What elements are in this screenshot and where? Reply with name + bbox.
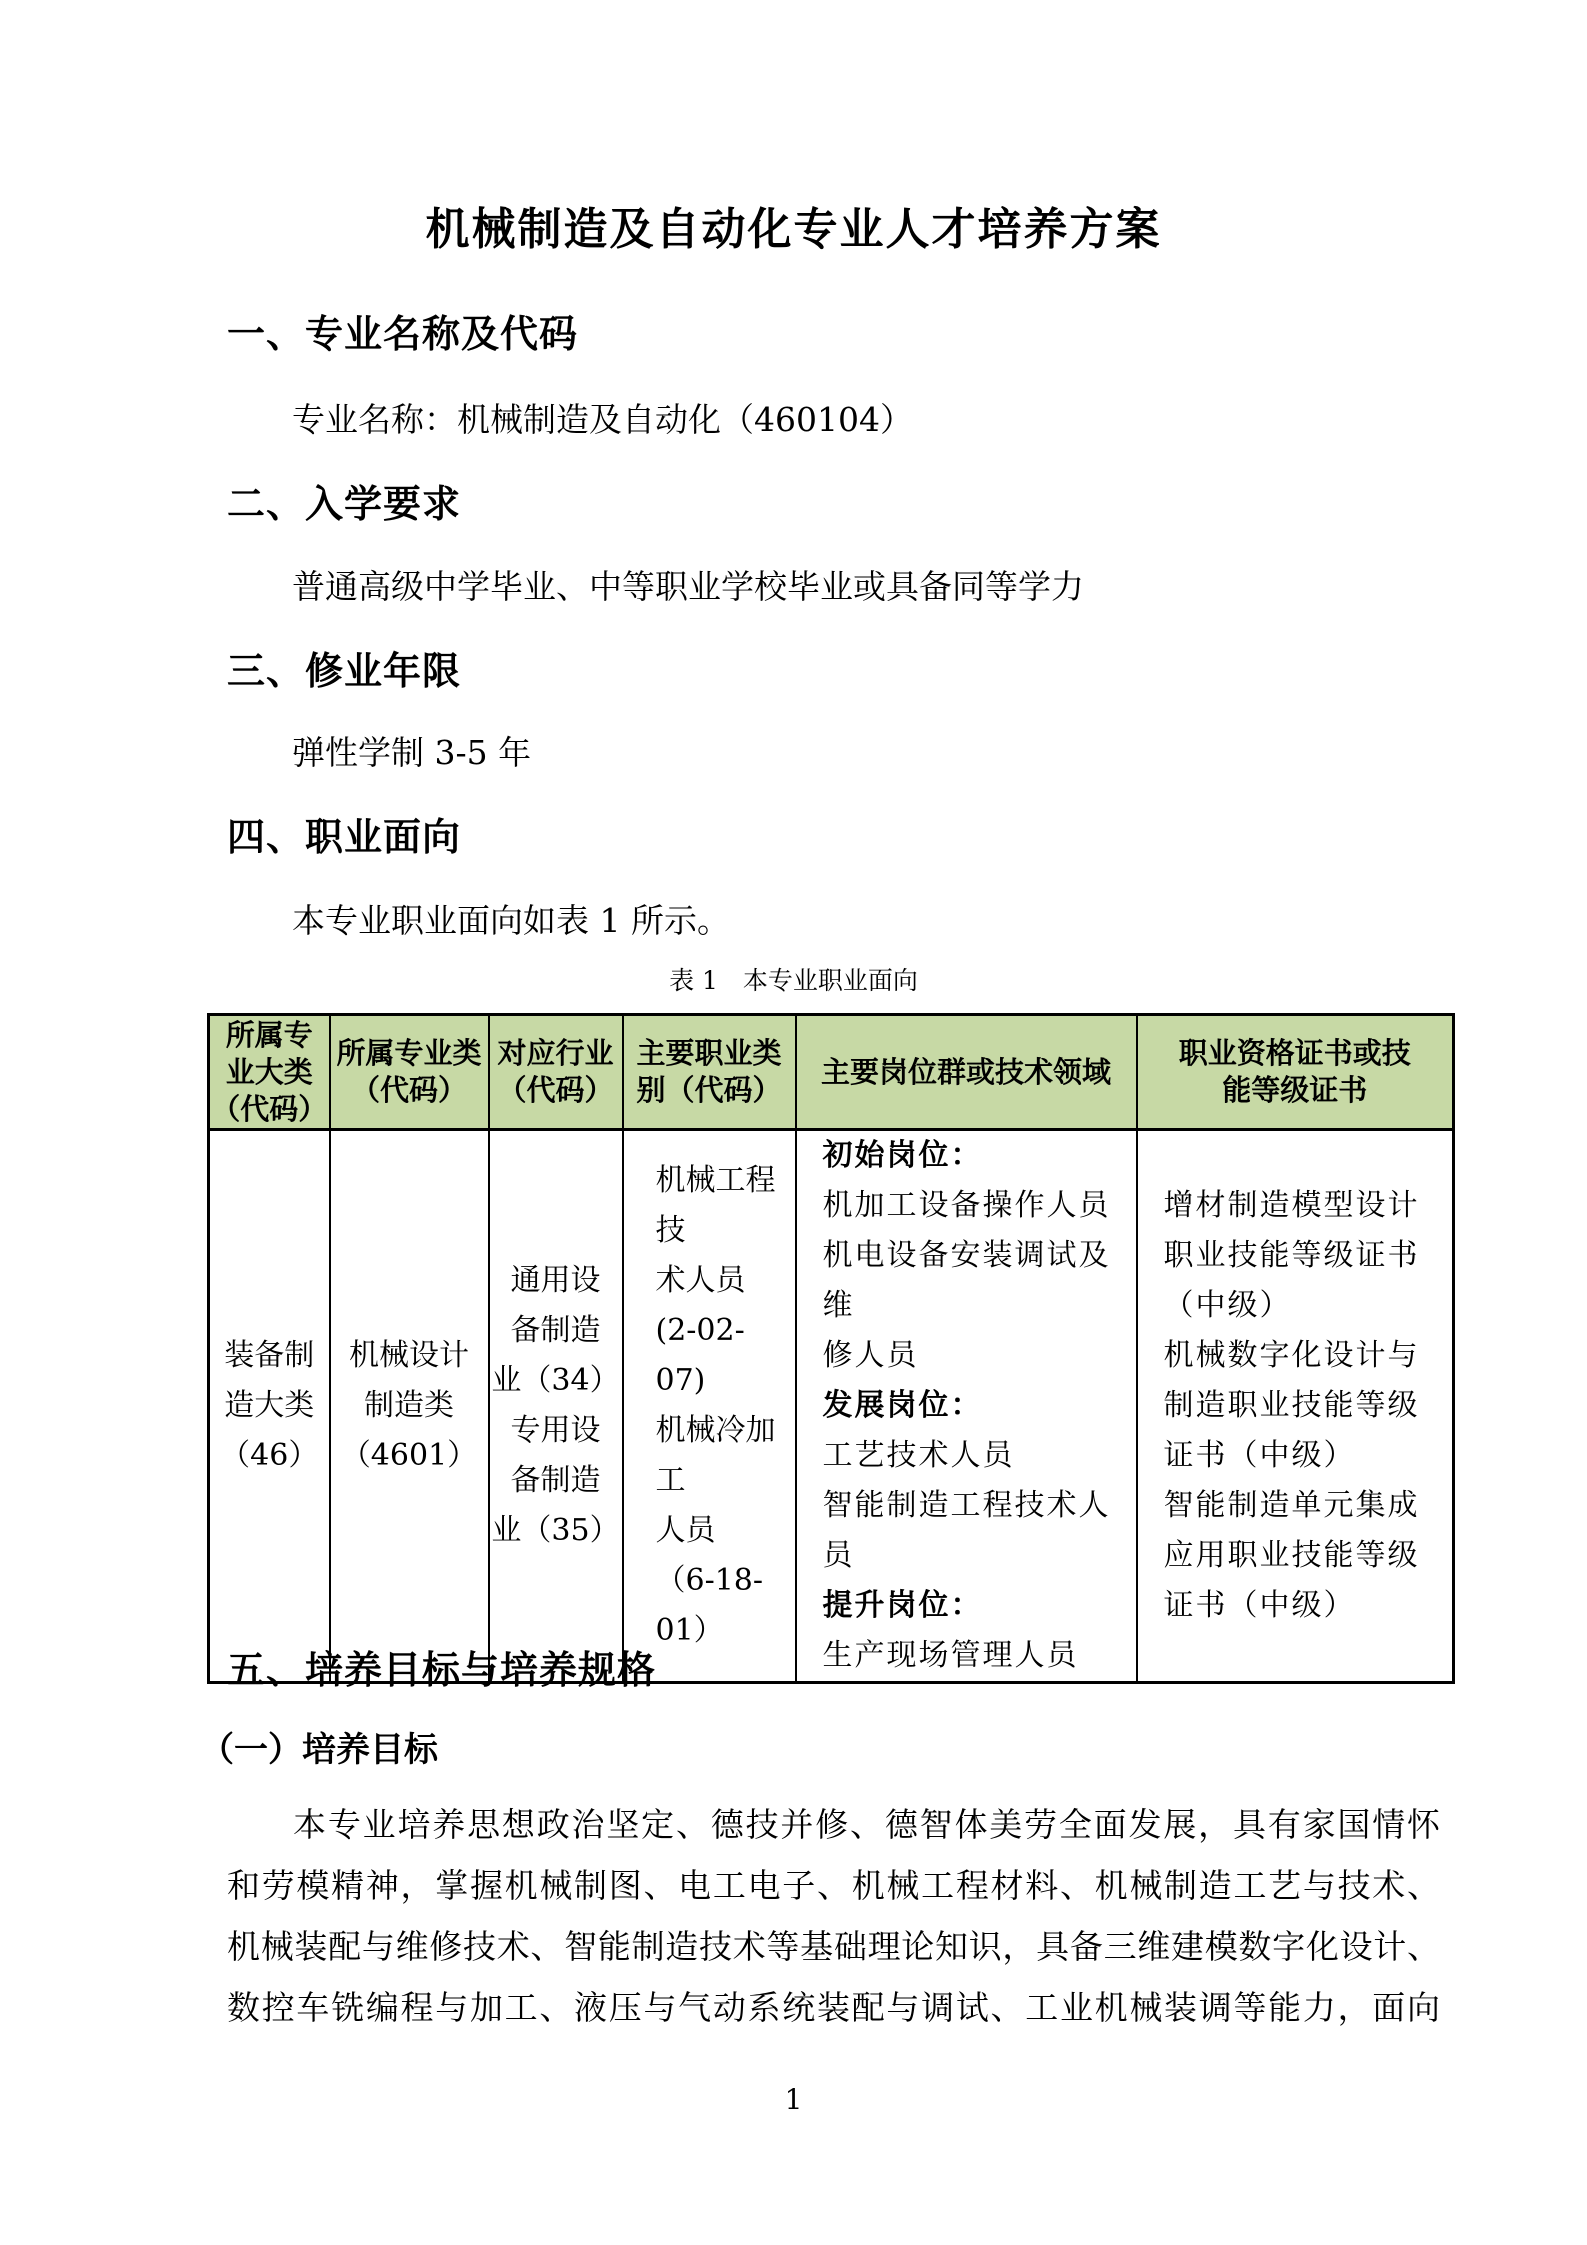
section-body-2: 普通高级中学毕业、中等职业学校毕业或具备同等学力 <box>292 561 1084 608</box>
cell-positions: 初始岗位：机加工设备操作人员机电设备安装调试及维修人员发展岗位：工艺技术人员智能… <box>796 1130 1137 1683</box>
header-certificates: 职业资格证书或技 能等级证书 <box>1137 1015 1454 1130</box>
cell-certificates: 增材制造模型设计 职业技能等级证书 （中级） 机械数字化设计与 制造职业技能等级… <box>1137 1130 1454 1683</box>
paragraph-line-3: 机械装配与维修技术、智能制造技术等基础理论知识，具备三维建模数字化设计、 <box>227 1916 1440 1977</box>
table-body-row: 装备制 造大类 （46） 机械设计 制造类 （4601） 通用设 备制造 业（3… <box>209 1130 1454 1683</box>
career-orientation-table: 所属专 业大类 （代码） 所属专业类 （代码） 对应行业 （代码） 主要职业类 … <box>207 1013 1455 1684</box>
header-occupation: 主要职业类 别（代码） <box>623 1015 796 1130</box>
header-major-class: 所属专业类 （代码） <box>330 1015 489 1130</box>
paragraph-line-1: 本专业培养思想政治坚定、德技并修、德智体美劳全面发展，具有家国情怀 <box>227 1794 1440 1855</box>
table-header-row: 所属专 业大类 （代码） 所属专业类 （代码） 对应行业 （代码） 主要职业类 … <box>209 1015 1454 1130</box>
header-industry: 对应行业 （代码） <box>489 1015 623 1130</box>
section-heading-4: 四、职业面向 <box>227 806 461 861</box>
cell-industry: 通用设 备制造 业（34） 专用设 备制造 业（35） <box>489 1130 623 1683</box>
subsection-heading: （一）培养目标 <box>200 1722 438 1771</box>
section-heading-3: 三、修业年限 <box>227 640 461 695</box>
header-major-category: 所属专 业大类 （代码） <box>209 1015 330 1130</box>
page-number: 1 <box>0 2083 1587 2116</box>
paragraph-line-2: 和劳模精神，掌握机械制图、电工电子、机械工程材料、机械制造工艺与技术、 <box>227 1855 1440 1916</box>
header-positions: 主要岗位群或技术领域 <box>796 1015 1137 1130</box>
section-heading-5: 五、培养目标与培养规格 <box>227 1639 656 1694</box>
section-body-3: 弹性学制 3-5 年 <box>292 727 531 774</box>
cell-major-category: 装备制 造大类 （46） <box>209 1130 330 1683</box>
document-title: 机械制造及自动化专业人才培养方案 <box>0 193 1587 257</box>
paragraph-line-4: 数控车铣编程与加工、液压与气动系统装配与调试、工业机械装调等能力，面向 <box>227 1977 1440 2038</box>
section-body-1: 专业名称：机械制造及自动化（460104） <box>292 394 913 441</box>
section-heading-1: 一、专业名称及代码 <box>227 303 578 358</box>
cell-major-class: 机械设计 制造类 （4601） <box>330 1130 489 1683</box>
table-caption: 表 1 本专业职业面向 <box>0 961 1587 997</box>
cell-occupation: 机械工程技 术人员 (2-02-07) 机械冷加工 人员 （6-18-01） <box>623 1130 796 1683</box>
document-page: 机械制造及自动化专业人才培养方案 一、专业名称及代码 专业名称：机械制造及自动化… <box>0 0 1587 2245</box>
section-heading-2: 二、入学要求 <box>227 473 461 528</box>
objective-paragraph: 本专业培养思想政治坚定、德技并修、德智体美劳全面发展，具有家国情怀 和劳模精神，… <box>227 1794 1440 2038</box>
section-body-4: 本专业职业面向如表 1 所示。 <box>292 895 730 942</box>
